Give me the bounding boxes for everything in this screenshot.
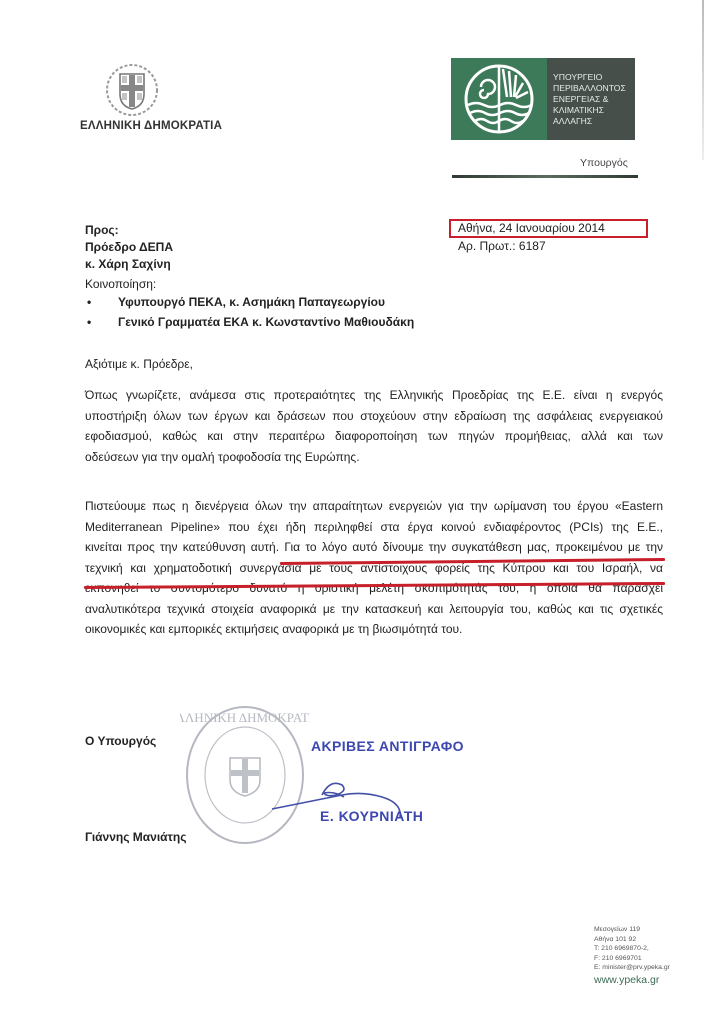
fax-line: F: 210 6969701: [594, 954, 670, 964]
phone-line: Τ: 210 6969870-2,: [594, 944, 670, 954]
cc-item: Γενικό Γραμματέα ΕΚΑ κ. Κωνσταντίνο Μαθι…: [85, 312, 414, 332]
greek-coat-of-arms-icon: [104, 62, 160, 118]
svg-text:ΕΛΛΗΝΙΚΗ ΔΗΜΟΚΡΑΤΙΑ: ΕΛΛΗΝΙΚΗ ΔΗΜΟΚΡΑΤΙΑ: [180, 710, 310, 725]
address-line: Μεσογείων 119: [594, 925, 670, 935]
paragraph-1: Όπως γνωρίζετε, ανάμεσα στις προτεραιότη…: [85, 385, 663, 467]
letter-date: Αθήνα, 24 Ιανουαρίου 2014: [458, 221, 605, 235]
certifier-name: Ε. ΚΟΥΡΝΙΑΤΗ: [320, 808, 423, 824]
text-line: Πιστεύουμε πως η διενέργεια όλων την απα…: [85, 496, 663, 517]
cc-label: Κοινοποίηση:: [85, 276, 156, 293]
website-link[interactable]: www.ypeka.gr: [594, 974, 670, 987]
sun-sea-spiral-icon: [461, 61, 537, 137]
text-line: εφοδιασμού, καθώς και στην περαιτέρω δια…: [85, 426, 663, 447]
scan-edge-line: [702, 0, 704, 160]
recipient-line: κ. Χάρη Σαχίνη: [85, 256, 173, 273]
text-line: υποστήριξη όλων των έργων και δράσεων πο…: [85, 406, 663, 427]
recipient-line: Πρόεδρο ΔΕΠΑ: [85, 239, 173, 256]
text-line: Όπως γνωρίζετε, ανάμεσα στις προτεραιότη…: [85, 385, 663, 406]
paragraph-2: Πιστεύουμε πως η διενέργεια όλων την απα…: [85, 496, 663, 640]
text-line: κινείται προς την κατεύθυνση αυτή. Για τ…: [85, 537, 663, 558]
protocol-number: Αρ. Πρωτ.: 6187: [458, 239, 546, 253]
recipient-block: Προς: Πρόεδρο ΔΕΠΑ κ. Χάρη Σαχίνη: [85, 222, 173, 273]
contact-footer: Μεσογείων 119 Αθήνα 101 92 Τ: 210 696987…: [594, 925, 670, 987]
email-line: E: minister@prv.ypeka.gr: [594, 963, 670, 973]
signer-name: Γιάννης Μανιάτης: [85, 830, 186, 844]
text-line: αναλυτικότερα τεχνικά στοιχεία αναφορικά…: [85, 599, 663, 620]
salutation: Αξιότιμε κ. Πρόεδρε,: [85, 357, 193, 371]
ministry-emblem: [451, 58, 547, 140]
ministry-name: ΥΠΟΥΡΓΕΙΟ ΠΕΡΙΒΑΛΛΟΝΤΟΣ ΕΝΕΡΓΕΙΑΣ & ΚΛΙΜ…: [547, 58, 635, 140]
signoff: Ο Υπουργός: [85, 734, 156, 748]
text-line: Mediterranean Pipeline» που έχει ήδη περ…: [85, 517, 663, 538]
text-line: εκπονηθεί το συντομότερο δυνατό η οριστι…: [85, 578, 663, 599]
cc-list: Υφυπουργό ΠΕΚΑ, κ. Ασημάκη Παπαγεωργίου …: [85, 292, 414, 332]
republic-label: ΕΛΛΗΝΙΚΗ ΔΗΜΟΚΡΑΤΙΑ: [80, 120, 240, 132]
address-line: Αθήνα 101 92: [594, 935, 670, 945]
text-line: οδεύσεων για την ομαλή τροφοδοσία της Ευ…: [85, 447, 663, 468]
office-label: Υπουργός: [580, 157, 628, 169]
certified-copy-stamp: ΑΚΡΙΒΕΣ ΑΝΤΙΓΡΑΦΟ: [311, 738, 464, 754]
cc-item: Υφυπουργό ΠΕΚΑ, κ. Ασημάκη Παπαγεωργίου: [85, 292, 414, 312]
ministry-logo: ΥΠΟΥΡΓΕΙΟ ΠΕΡΙΒΑΛΛΟΝΤΟΣ ΕΝΕΡΓΕΙΑΣ & ΚΛΙΜ…: [451, 58, 635, 140]
header-divider: [452, 175, 638, 178]
text-line: οικονομικές και εμπορικές εκτιμήσεις ανα…: [85, 619, 663, 640]
to-label: Προς:: [85, 222, 173, 239]
